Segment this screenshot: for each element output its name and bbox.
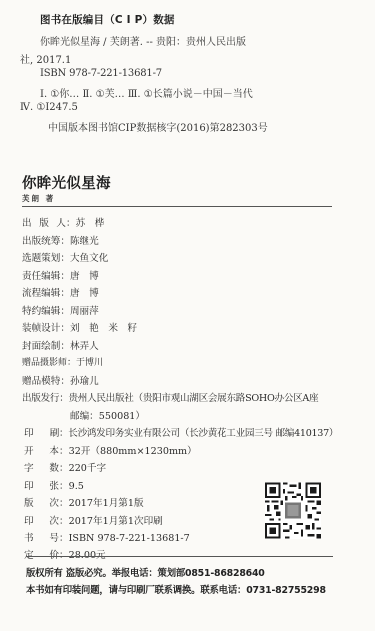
credit-row: 选题策划：大鱼文化	[22, 250, 108, 264]
credit-label: 封面绘制	[22, 338, 60, 352]
cip-verification: 中国版本图书馆CIP数据核字(2016)第282303号	[48, 119, 268, 134]
credit-label: 出版统筹	[22, 233, 60, 247]
cip-classification: Ⅰ. ①你… Ⅱ. ①芙… Ⅲ. ①长篇小说－中国－当代	[40, 85, 253, 100]
spec-label-b: 本	[49, 443, 59, 457]
spec-value: 32开（880mm×1230mm）	[69, 443, 197, 457]
cip-clc: Ⅳ. ①I247.5	[20, 102, 78, 113]
spec-label-b: 号	[49, 530, 59, 544]
colon: ：	[59, 516, 69, 527]
spec-value: 9.5	[69, 481, 84, 492]
credit-label: 责任编辑	[22, 268, 60, 282]
copyright-notice: 版权所有 盗版必究。举报电话：策划部0851-86828640	[26, 565, 265, 579]
credit-row: 装帧设计：刘 艳 米 籽	[22, 320, 137, 334]
spec-label: 定价	[24, 547, 59, 561]
credit-row: 赠品模特：孙瑜儿	[22, 373, 99, 387]
credit-value: 周丽萍	[70, 303, 99, 317]
spec-row: 印张：9.5	[22, 478, 84, 492]
credit-row: 赠品摄影师：于博川	[22, 355, 103, 368]
credit-label: 特约编辑	[22, 303, 60, 317]
spec-label-a: 版	[24, 495, 34, 509]
colon: ：	[66, 218, 76, 229]
spec-row: 字数：220千字	[22, 460, 106, 474]
credit-label: 选题策划	[22, 250, 60, 264]
spec-row: 版次：2017年1月第1版	[22, 495, 144, 509]
colon: ：	[59, 393, 68, 404]
colon: ：	[59, 498, 69, 509]
credit-row: 责任编辑：唐 博	[22, 268, 99, 282]
spec-value: ISBN 978-7-221-13681-7	[69, 533, 190, 544]
colon: ：	[59, 481, 69, 492]
credit-value: 唐 博	[70, 268, 99, 282]
spec-row: 定价：28.00元	[22, 547, 106, 561]
qr-code-icon	[265, 482, 321, 539]
colon: ：	[59, 428, 68, 439]
credit-value: 刘 艳 米 籽	[70, 320, 137, 334]
spec-label-a: 定	[24, 547, 34, 561]
spec-label: 印张	[24, 478, 59, 492]
credit-value: 唐 博	[70, 285, 99, 299]
spec-label: 版次	[24, 495, 59, 509]
credit-continuation: 邮编：550081）	[70, 408, 145, 422]
credit-row: 流程编辑：唐 博	[22, 285, 99, 299]
colon: ：	[60, 271, 70, 282]
spec-row: 书号：ISBN 978-7-221-13681-7	[22, 530, 190, 544]
spec-label-a: 印	[24, 478, 34, 492]
cip-line-2: 社, 2017.1	[20, 51, 71, 66]
spec-label: 印次	[24, 513, 59, 527]
credit-value: 孙瑜儿	[70, 373, 99, 387]
credit-row: 出版统筹：陈继光	[22, 233, 99, 247]
cip-line-1: 你眸光似星海 / 芙朗著. -- 贵阳：贵州人民出版	[40, 33, 246, 48]
credit-row: 特约编辑：周丽萍	[22, 303, 99, 317]
spec-label-b: 张	[49, 478, 59, 492]
credit-value: 苏 桦	[76, 215, 105, 229]
cip-isbn: ISBN 978-7-221-13681-7	[40, 68, 162, 79]
credit-label: 出版发行	[22, 390, 59, 404]
credit-value: 林弄人	[70, 338, 99, 352]
credit-value: 大鱼文化	[70, 250, 108, 264]
colon: ：	[60, 341, 70, 352]
credit-row: 出版人：苏 桦	[22, 215, 104, 229]
credit-label: 赠品模特	[22, 373, 60, 387]
footer-divider	[26, 556, 333, 557]
print-issue-notice: 本书如有印装问题，请与印刷厂联系调换。联系电话：0731-82755298	[26, 582, 326, 596]
book-title: 你眸光似星海	[22, 172, 111, 193]
title-divider	[22, 206, 332, 207]
spec-label-b: 次	[49, 513, 59, 527]
spec-label: 书号	[24, 530, 59, 544]
credit-label: 出版人	[22, 215, 66, 229]
credit-row: 封面绘制：林弄人	[22, 338, 99, 352]
credit-value: 贵州人民出版社（贵阳市观山湖区会展东路SOHO办公区A座	[68, 390, 318, 404]
spec-label-b: 次	[49, 495, 59, 509]
credit-label: 赠品摄影师	[22, 355, 67, 368]
spec-label-a: 书	[24, 530, 34, 544]
spec-label-b: 数	[49, 460, 59, 474]
spec-label-a: 印	[24, 425, 33, 439]
spec-label-a: 字	[24, 460, 34, 474]
spec-label: 印刷	[24, 425, 59, 439]
colon: ：	[67, 358, 76, 368]
colon: ：	[60, 306, 70, 317]
credit-label: 装帧设计	[22, 320, 60, 334]
colon: ：	[59, 533, 69, 544]
cip-heading: 图书在版编目（C I P）数据	[40, 12, 175, 27]
spec-value: 28.00元	[69, 547, 106, 561]
colon: ：	[59, 463, 69, 474]
colon: ：	[60, 288, 70, 299]
spec-value: 220千字	[69, 460, 107, 474]
spec-label: 字数	[24, 460, 59, 474]
spec-row: 印次：2017年1月第1次印刷	[22, 513, 163, 527]
colon: ：	[60, 253, 70, 264]
spec-label-b: 价	[49, 547, 59, 561]
spec-value: 长沙鸿发印务实业有限公司（长沙黄花工业园三号 邮编410137）	[68, 425, 338, 439]
colon: ：	[60, 236, 70, 247]
spec-label-b: 刷	[50, 425, 59, 439]
credit-value: 陈继光	[70, 233, 99, 247]
credit-row: 出版发行：贵州人民出版社（贵阳市观山湖区会展东路SOHO办公区A座	[22, 390, 318, 404]
spec-row: 印刷：长沙鸿发印务实业有限公司（长沙黄花工业园三号 邮编410137）	[22, 425, 338, 439]
credit-label: 流程编辑	[22, 285, 60, 299]
spec-label-a: 开	[24, 443, 34, 457]
spec-value: 2017年1月第1次印刷	[69, 513, 163, 527]
colon: ：	[59, 446, 69, 457]
spec-row: 开本：32开（880mm×1230mm）	[22, 443, 197, 457]
colon: ：	[60, 323, 70, 334]
credit-value: 于博川	[76, 355, 103, 368]
spec-value: 2017年1月第1版	[69, 495, 144, 509]
book-author: 芙朗 著	[22, 193, 55, 204]
colon: ：	[60, 376, 70, 387]
spec-label: 开本	[24, 443, 59, 457]
spec-label-a: 印	[24, 513, 34, 527]
